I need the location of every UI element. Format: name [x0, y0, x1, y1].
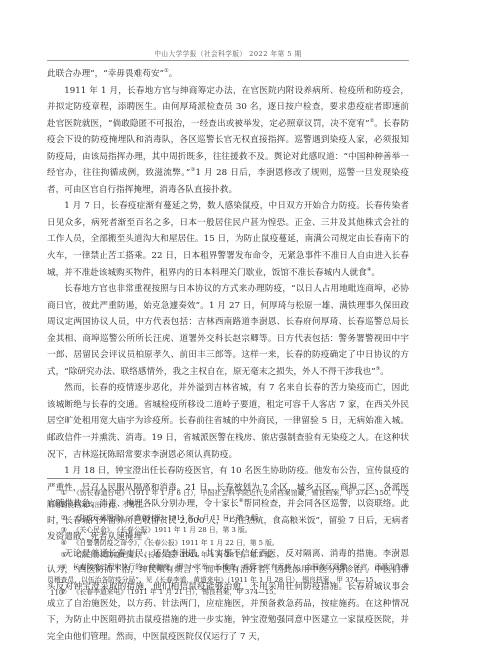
- footnote-mark: ②: [61, 514, 67, 522]
- paragraph: 1911 年 1 月，长春地方官与绅商筹定办法，在官医院内附设养病所、检疫所和防…: [47, 83, 409, 199]
- footnote-mark: ④: [61, 539, 67, 547]
- footnote-rule: [47, 478, 135, 479]
- page-number: 110: [50, 589, 63, 597]
- paragraph: 1 月 7 日，长春疫症渐有蔓延之势，数人感染鼠疫，中日双方开始合力防疫。长春传…: [47, 198, 409, 281]
- footnote: ③《关心民命》，《长春公报》1911 年 1 月 28 日，第 3 版。: [47, 524, 409, 536]
- footnote: ⑥长春防疫过程中执行的一种制度，即“十家举一长稽查，该管十家有无病人，会同各区巡…: [47, 561, 409, 586]
- running-head: 中山大学学报（社会科学版） 2022 年第 5 期: [47, 48, 409, 58]
- footnote: ⑦《长春李道来电》（1911 年 1 月 21 日），锡良档案，甲 374—15…: [47, 586, 409, 598]
- header-rule: [47, 60, 409, 61]
- paragraph: 此联合办理”，“幸毋畏难苟安”①。: [47, 66, 409, 83]
- footnote: ④《日警署防疫之命令》，《长春公报》1911 年 1 月 22 日，第 5 版。: [47, 537, 409, 549]
- footnote-mark: ①: [61, 489, 67, 497]
- paragraph: 长春地方官也非常重视按照与日本协议的方式来办理防疫，“以日人占用地毗连商埠，必协…: [47, 281, 409, 380]
- paragraph: 然而，长春的疫情逐步恶化，并外溢到吉林省城，有 7 名来自长春的苦力染疫而亡，因…: [47, 380, 409, 463]
- footnote-mark: ⑤: [61, 551, 67, 559]
- footnote-mark: ⑥: [61, 563, 67, 571]
- footnotes: ①《饬长春道台电》（1911 年 1 月 6 日），中国社会科学院近代史所档案馆…: [47, 487, 409, 599]
- footnote: ②《防疫示谕照录》，《盛京时报》1911 年 1 月 11 日，第 5 版。: [47, 512, 409, 524]
- footnote-mark: ③: [61, 526, 67, 534]
- footnote: ①《饬长春道台电》（1911 年 1 月 6 日），中国社会科学院近代史所档案馆…: [47, 487, 409, 512]
- footnote: ⑤《清日协议防疫纪闻》，《长春公报》1911 年 1 月 28 日，第 3 版。: [47, 549, 409, 561]
